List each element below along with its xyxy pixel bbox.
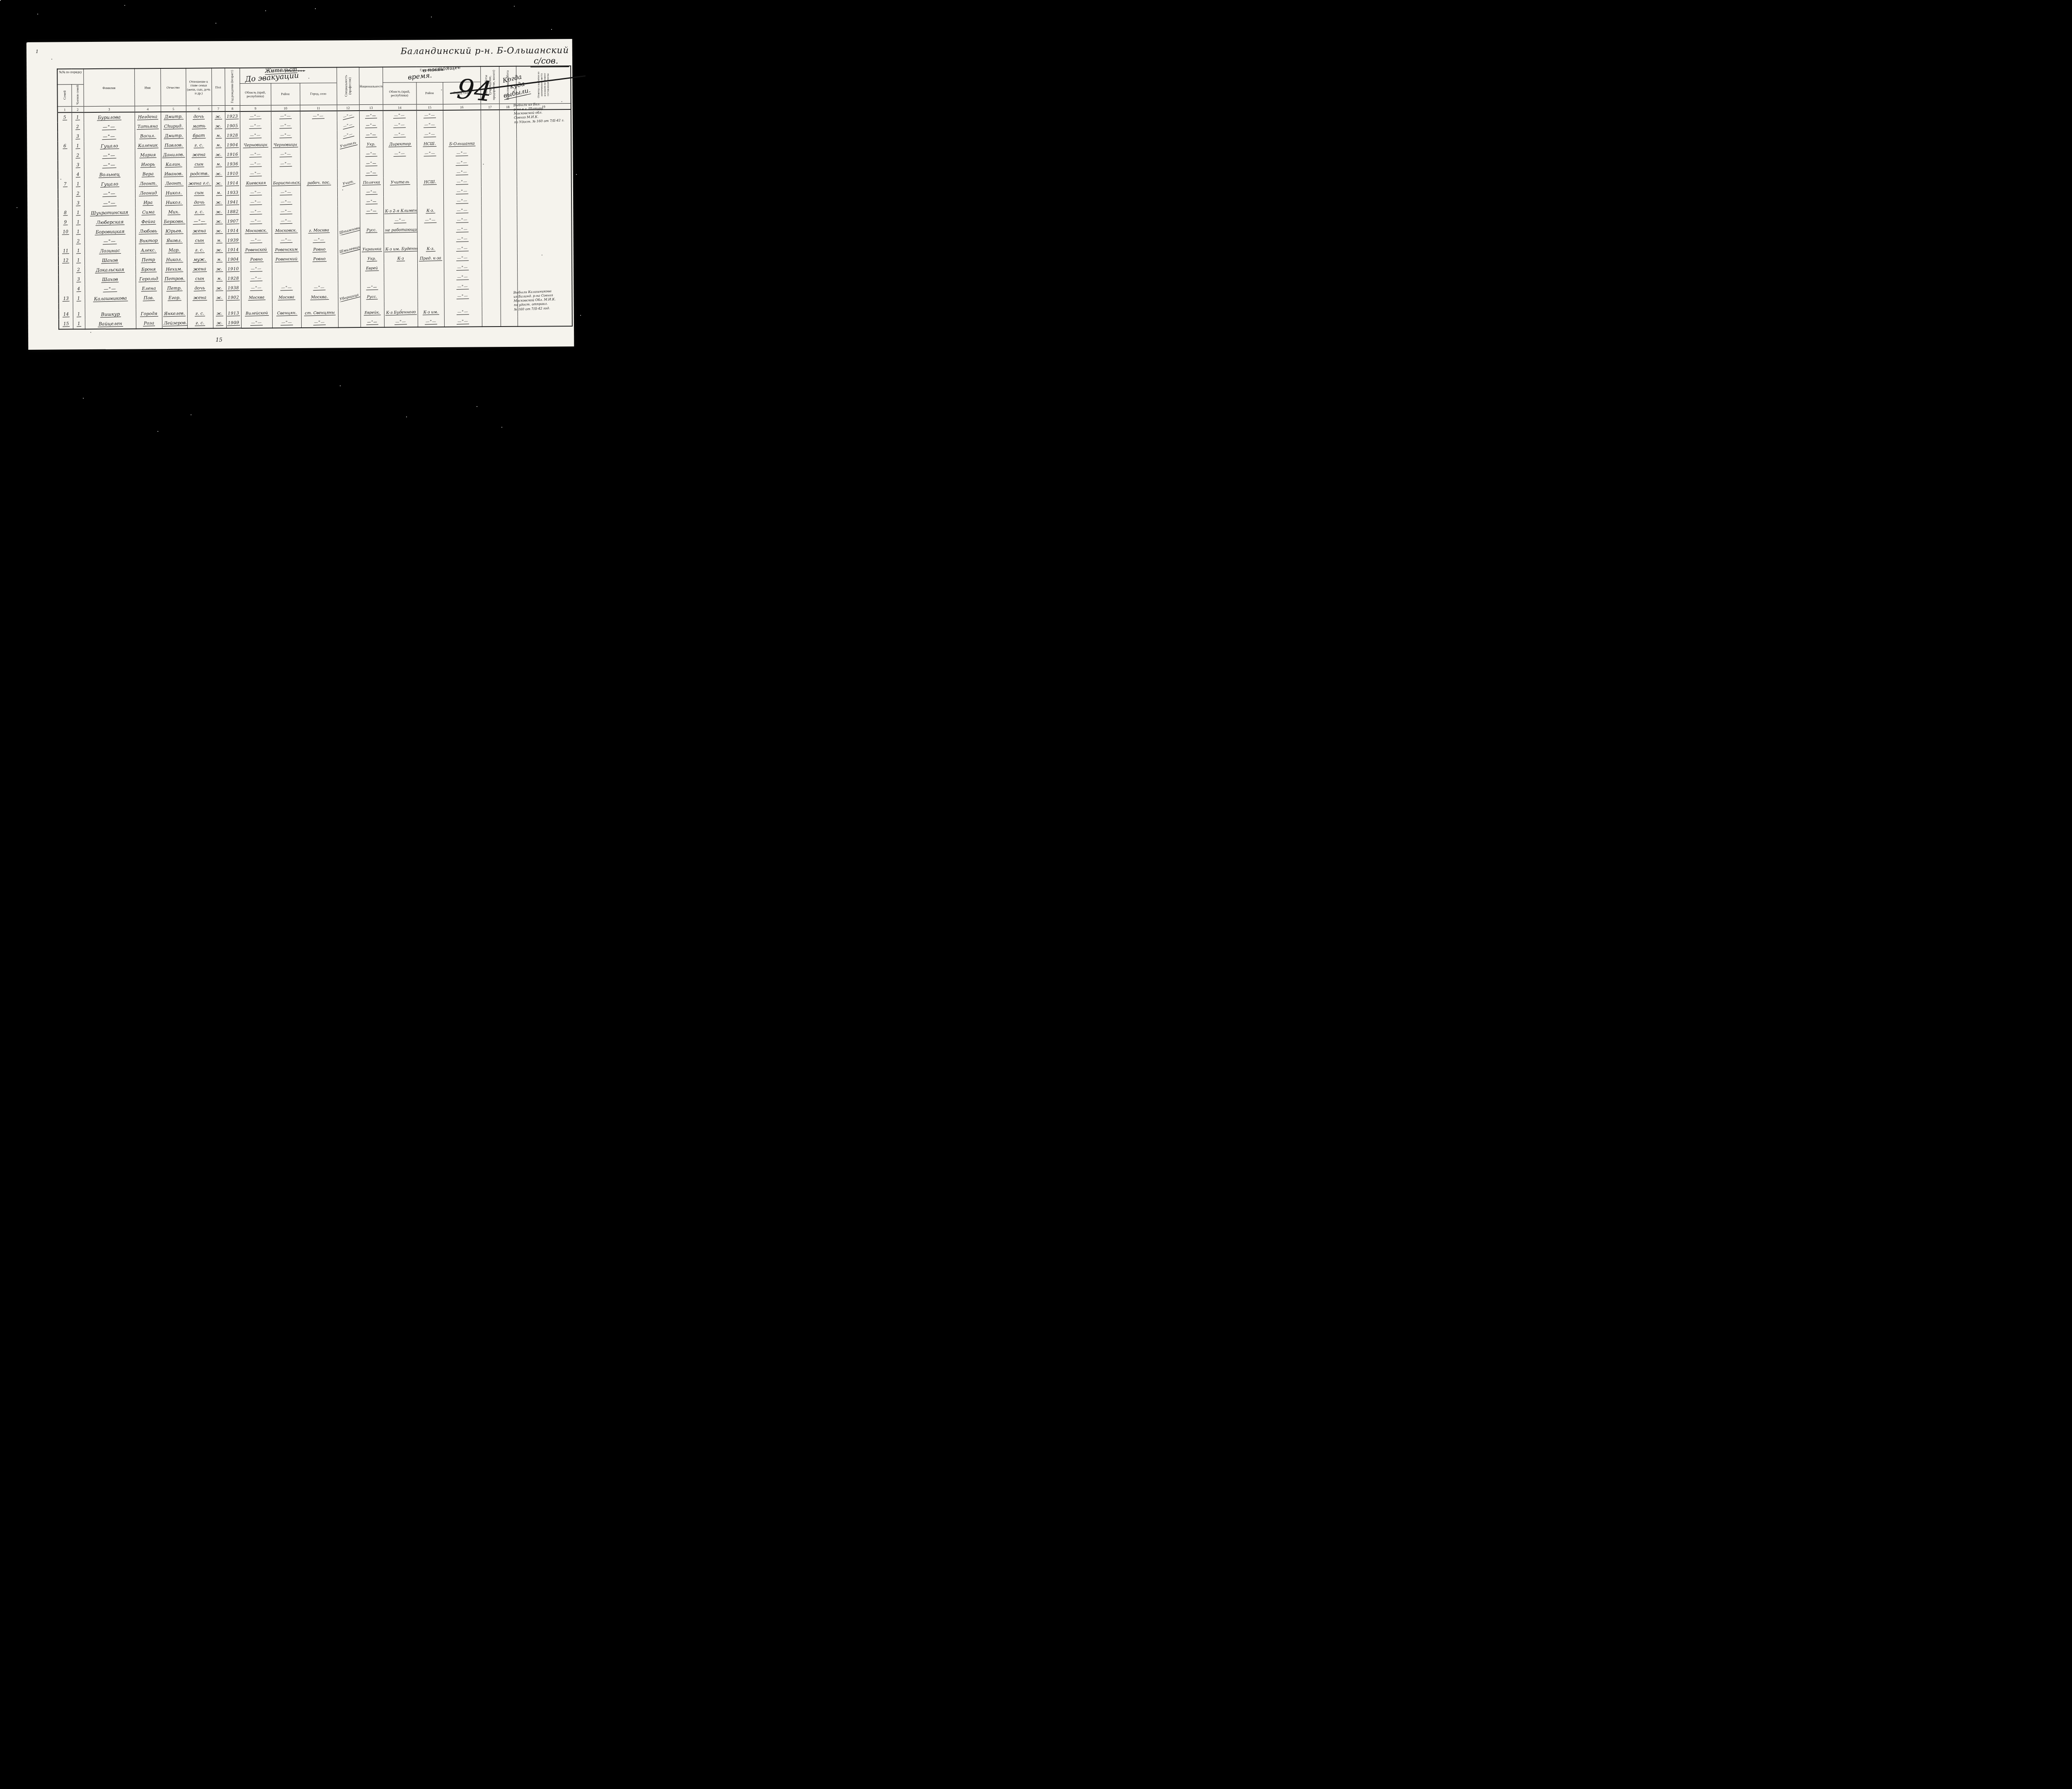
table-cell: 1914 [226,245,241,255]
table-cell: —"— [361,317,384,327]
table-cell: 3 [72,160,84,170]
table-cell [481,177,500,186]
table-cell: Докальская [85,265,136,275]
table-cell [500,206,517,215]
table-cell: —"— [443,215,481,225]
col-number: 13 [359,104,383,111]
work-handwritten-2: время. [407,72,432,82]
table-cell [383,196,417,206]
table-cell [85,303,136,310]
table-cell: 7 [58,179,72,189]
table-cell [500,263,517,272]
header-surname: Фамилия [83,68,135,106]
table-cell: —"— [360,283,384,292]
table-cell: Юрьев. [161,227,186,236]
table-cell: ж. [213,283,226,293]
table-cell: —"— [240,111,271,121]
table-cell: Спирид. [161,122,186,131]
table-cell: 13 [58,294,73,303]
table-cell: К-з им. Буденного [384,244,417,254]
table-cell: Русс. [360,225,384,235]
table-cell: —"— [360,159,383,168]
table-cell: Пред. к-за [417,254,444,263]
table-cell [360,235,384,245]
header-patronymic: Отчество [160,68,186,106]
table-cell [337,206,360,216]
table-cell: жена г.с. [186,179,212,188]
table-cell: Учитель [337,140,359,149]
table-cell: К-з. [417,206,443,215]
table-cell: г. с. [186,207,212,217]
table-cell [338,273,360,283]
evacuation-register-table: №№ по порядку Фамилия Имя Отчество Отнош… [57,65,573,330]
table-cell: Негдена [135,112,161,122]
table-cell: Никол. [162,255,187,265]
table-cell [58,151,72,160]
table-cell: сын [186,188,212,198]
header-firstname: Имя [134,68,161,106]
table-cell [384,235,417,244]
table-cell [417,263,444,273]
table-cell [499,129,516,139]
table-cell [272,264,301,274]
header-region-before: Область (край, республика) [240,83,271,105]
table-cell [482,253,500,263]
table-cell: —"— [359,149,383,159]
table-cell: г. с. [187,309,213,318]
table-cell: 1 [72,208,84,218]
table-cell: ж. [212,217,225,226]
table-cell: 1907 [225,217,240,226]
table-cell: —"— [337,111,359,121]
table-cell [499,148,516,158]
table-cell [517,167,571,177]
table-cell [300,140,337,150]
table-cell [417,225,444,235]
table-cell: не работающий [384,225,417,235]
table-cell: —"— [240,207,271,216]
table-cell: Егор. [162,293,187,303]
table-cell: Ровно [301,254,338,264]
table-cell: Леонид [135,189,161,198]
table-cell [481,196,500,206]
table-cell [417,196,443,206]
table-cell: Вилейской [241,308,272,318]
table-cell: 1 [72,179,84,189]
table-cell: Лейзеров. [162,319,187,329]
table-cell: —"— [272,283,301,293]
table-cell: Ира [135,198,161,208]
table-cell: —"— [271,188,300,197]
table-cell: Павлов. [161,141,186,150]
table-cell [482,263,500,272]
table-cell: Берковн. [161,217,186,227]
table-cell: 1904 [225,140,240,150]
table-cell [444,301,482,307]
table-cell: Штамповщица [338,225,360,235]
table-cell: Иванов. [161,169,186,179]
table-cell: г. с. [187,318,213,328]
table-cell: ж. [213,293,226,303]
table-cell [300,216,337,226]
table-cell: 1910 [225,169,240,179]
table-cell [300,187,337,197]
header-order-group: №№ по порядку [57,69,83,85]
table-cell: Московск. [271,226,300,235]
table-cell [58,189,72,199]
table-cell [443,129,481,139]
table-cell: родств. [186,169,212,179]
table-cell: —"— [240,159,271,169]
table-cell [58,199,72,208]
table-cell [58,265,73,275]
table-cell: 1 [72,141,84,151]
table-cell: 2 [72,122,84,132]
table-header: №№ по порядку Фамилия Имя Отчество Отнош… [57,66,571,113]
table-cell: —"— [84,189,135,199]
margin-note-family13: Выбыли Калашникова из Баланд. р-на Совхо… [513,288,577,312]
table-cell [300,121,337,131]
table-cell: —"— [271,121,300,131]
table-cell: —"— [383,110,416,120]
table-cell: ж. [212,150,225,160]
table-cell [337,159,360,168]
table-cell [226,303,241,309]
table-cell [481,167,500,177]
table-cell: 12 [58,256,73,265]
table-cell: —"— [241,274,272,283]
table-cell: НСШ. [417,177,443,187]
table-cell: 15 [59,319,73,329]
col-number: 14 [383,104,416,111]
table-cell: муж. [187,255,213,264]
table-cell [500,196,517,206]
table-cell: —"— [443,148,481,158]
table-cell: —"— [444,317,482,327]
table-cell [517,253,572,263]
table-cell [58,275,73,284]
table-cell: 1904 [226,255,241,264]
table-cell: Нехим. [162,265,187,274]
table-cell [443,110,481,120]
table-cell: —"— [300,111,337,121]
table-cell [417,187,443,196]
table-cell: Черновицы [240,140,271,150]
table-cell [300,159,337,169]
header-city-before: Город, село [300,83,336,105]
table-cell: 2 [72,151,84,160]
table-cell: Янкелев. [162,309,187,319]
table-cell: г. с. [186,140,212,150]
table-cell [499,139,516,148]
table-cell: жена [186,226,212,236]
table-cell [500,282,517,291]
header-region-now: Область (край, республика) [382,82,416,104]
table-cell: Учит. [337,178,360,187]
table-cell: Мария [135,150,161,160]
table-cell: Калашникова [85,293,136,303]
table-cell: 6 [58,141,72,151]
table-cell: 1902 [226,293,241,303]
table-cell: —"— [271,207,300,216]
table-cell: —"— [418,317,444,327]
table-cell: —"— [444,253,482,263]
col-number: 9 [240,105,271,111]
table-cell [338,235,360,245]
table-cell: сын [187,236,213,245]
table-cell [517,215,571,225]
table-cell: Мар. [162,246,187,255]
table-cell: Леонт. [161,179,186,189]
table-cell [500,186,517,196]
table-cell [383,158,417,168]
scanned-document-canvas: 1 Баландинский р-н. Б-Ольшанский с/сов. … [0,0,590,447]
table-cell [213,303,226,309]
table-cell [384,301,418,307]
table-cell: Данилов. [161,150,186,160]
table-cell [360,273,384,283]
table-cell: Московск. [240,226,271,235]
table-cell [481,129,499,139]
table-cell: 1909 [226,318,241,328]
table-cell: Пав. [136,293,162,303]
table-cell: м. [212,131,225,140]
table-cell: —"— [84,122,135,132]
title-line1: Баландинский р-н. Б-Ольшанский [401,45,569,57]
table-cell: 2 [73,265,85,275]
table-cell: Русс. [360,292,384,302]
table-cell: —"— [443,158,481,168]
table-cell: —"— [443,206,481,215]
table-cell: ж. [212,226,225,236]
table-cell: дочь [186,198,212,207]
table-cell [337,216,360,225]
table-cell: Шмилевщица [338,245,360,254]
header-district-before: Район [271,83,300,105]
table-cell [338,317,361,327]
table-cell: —"— [186,217,212,226]
table-cell: Укр. [359,140,383,149]
table-cell [481,206,500,215]
table-cell: Любовь [135,227,161,236]
table-cell: Дмитр. [161,112,186,122]
table-cell: Вольнец [84,169,135,179]
table-cell: —"— [240,197,271,207]
table-cell: Шахов [85,274,136,284]
table-cell: Москва [241,293,272,302]
table-cell: 1923 [225,111,240,121]
table-cell: Лозинас [85,246,136,256]
table-cell [517,177,571,186]
table-cell: 11 [58,246,73,256]
table-cell: —"— [359,111,383,121]
table-cell: —"— [416,120,443,130]
table-cell: Калин. [161,160,186,169]
table-cell [482,244,500,253]
table-cell: 1910 [226,264,241,274]
table-cell: Вера [135,169,161,179]
table-cell: —"— [444,291,482,301]
table-cell: НСШ. [416,139,443,149]
table-cell: 1 [73,256,85,265]
table-cell: 1933 [225,188,240,198]
table-cell [482,272,500,282]
table-cell: К-з. [417,244,444,254]
header-families: Семей [57,85,71,107]
table-cell: жена [187,293,213,303]
col-number: 5 [161,106,186,112]
table-cell: ст. Свенцяны [301,308,338,318]
table-cell [272,274,301,283]
table-cell [417,168,443,177]
table-cell: —"— [240,131,271,140]
table-cell: 1914 [225,226,240,236]
table-cell: сын [187,274,213,283]
table-cell: —"— [360,197,383,206]
table-cell: жена [187,264,213,274]
table-cell [482,317,501,327]
table-cell: 1928 [226,274,241,283]
table-cell: 1913 [226,309,241,318]
table-cell: мать [186,121,212,131]
table-cell: —"— [301,283,338,293]
table-cell: 1914 [225,179,240,188]
table-cell: Алекс. [136,246,162,255]
table-cell: Ровенской [241,245,272,254]
table-cell: —"— [383,215,417,225]
table-cell [417,282,444,292]
table-cell [482,291,501,301]
table-cell [482,282,500,291]
table-cell: Люберская [84,217,135,227]
table-cell: —"— [271,111,300,121]
table-cell: Сима [135,208,161,217]
header-sex: Пол [211,68,225,106]
table-cell [517,234,572,244]
table-cell: —"— [360,187,383,197]
table-cell: Черновицы [271,140,300,150]
table-cell: ж. [213,245,226,255]
table-cell: Шахов [85,255,136,265]
table-cell [337,197,360,206]
table-cell: —"— [417,215,443,225]
table-cell [517,243,572,253]
table-cell [338,302,361,308]
table-cell: 1941 [225,198,240,207]
table-cell: К-з Буденного [384,307,418,317]
table-cell: Учитель [383,177,417,187]
table-cell: —"— [444,307,482,317]
header-birth-year: Год рождения (возраст) [225,68,240,106]
table-cell [337,149,359,159]
table-cell: Ровно [301,245,338,254]
table-cell: Вишкур [85,309,136,319]
table-cell: —"— [240,169,271,178]
table-cell: 3 [73,275,85,284]
table-cell [517,196,571,206]
table-cell: Бориспольск. [271,178,300,188]
table-cell: 1 [72,227,84,237]
table-cell: Украинка [360,245,384,254]
table-cell [384,273,417,282]
handwritten-number-overlay: 94 [455,73,493,108]
table-cell [443,120,481,130]
col-number: 4 [135,106,161,112]
table-cell: —"— [241,283,272,293]
table-cell [338,264,360,273]
table-cell: ж. [212,198,225,207]
table-cell: —"— [383,120,416,130]
table-cell: 3 [72,132,84,141]
table-cell [59,303,73,310]
table-cell: —"— [337,121,359,130]
table-cell: 4 [72,170,84,179]
table-cell [481,215,500,225]
table-cell [241,302,272,308]
table-cell: —"— [84,150,135,160]
table-cell: —"— [84,198,135,208]
table-cell: ж. [213,264,226,274]
table-cell: Дмитр. [161,131,186,141]
header-family-members: Членов семей [71,85,83,107]
table-cell [500,215,517,225]
table-cell [58,132,72,141]
table-cell [300,130,337,140]
table-cell [384,292,417,301]
table-cell: Ровно [241,254,272,264]
table-cell: Бурилова [84,112,135,122]
table-cell: г. с. [187,245,213,255]
table-cell: —"— [444,282,482,292]
table-cell: ж. [212,179,225,188]
table-cell [338,254,360,264]
table-cell: 1 [72,112,84,122]
table-cell [384,263,417,273]
table-cell [58,237,73,246]
table-cell: —"— [359,121,383,130]
table-cell [187,303,213,309]
table-cell: 1 [73,294,85,303]
table-cell: дочь [187,283,213,293]
table-cell: ж. [212,207,225,217]
table-cell: Полячка [360,178,383,187]
table-cell: Ровенский [272,254,301,264]
table-cell: ж. [212,121,225,131]
table-cell: —"— [444,272,482,282]
header-relation: Отношение к главе семьи (жена, сын, дочь… [186,68,212,106]
table-cell [272,302,301,308]
table-cell [482,301,501,307]
table-cell: 1 [73,246,85,256]
table-cell: Герольд [136,274,162,284]
table-cell [162,303,187,309]
table-cell [500,225,517,234]
table-cell: 1882 [225,207,240,217]
table-cell: К-з [384,254,417,263]
table-cell: Б-Ольшанка [443,139,481,149]
table-cell: К-з им. [418,307,444,317]
table-cell [481,186,500,196]
table-cell: —"— [240,188,271,197]
header-nationality: Национальность [359,67,383,105]
table-cell [517,186,571,196]
col-number: 6 [186,106,212,112]
table-cell: Татьяна [135,122,161,131]
table-cell: Леонт. [135,179,161,189]
table-cell [301,264,338,274]
table-cell: —"— [444,263,482,273]
table-cell: 1936 [225,160,240,169]
